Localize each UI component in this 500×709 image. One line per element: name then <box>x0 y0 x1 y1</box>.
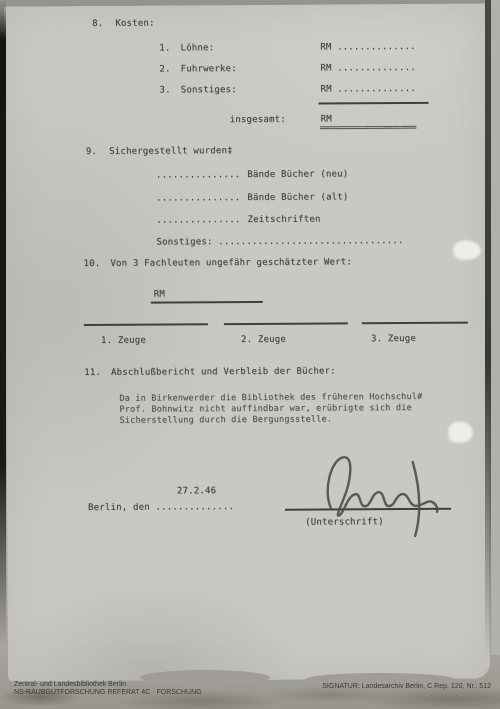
witness-3-line <box>362 322 468 325</box>
report-body-line-1: Da in Birkenwerder die Bibliothek des fr… <box>119 392 422 404</box>
estimated-value-currency: RM <box>154 290 165 300</box>
section11-heading: 11.Abschlußbericht und Verbleib der Büch… <box>84 366 336 378</box>
section9-number: 9. <box>86 147 97 157</box>
cost-item-2-amount-field: RM .............. <box>320 63 416 74</box>
library-stamp-line2: NS-RAUBGUTFORSCHUNG REFERAT 4C · FORSCHU… <box>14 689 202 696</box>
cost-item-2-label: Fuhrwerke: <box>181 64 237 74</box>
secured-row-2-blank: ............... <box>156 193 240 204</box>
secured-row-1-blank: ............... <box>156 170 240 181</box>
cost-item-3-label: Sonstiges: <box>181 85 237 95</box>
secured-row-3: ...............Zeitschriften <box>156 215 320 226</box>
section8-heading: 8.Kosten: <box>92 19 155 29</box>
cost-item-2-number: 2. <box>159 64 170 74</box>
scan-right-margin <box>491 0 500 709</box>
secured-row-2: ...............Bände Bücher (alt) <box>156 192 348 203</box>
signature-handwriting <box>315 446 456 542</box>
secured-row-1: ...............Bände Bücher (neu) <box>156 169 348 180</box>
witness-3-label: 3. Zeuge <box>371 334 416 344</box>
section8-number: 8. <box>92 19 103 29</box>
secured-row-3-blank: ............... <box>156 215 240 226</box>
paper-hole <box>453 241 480 260</box>
cost-item-3: 3.Sonstiges: <box>159 85 236 95</box>
cost-item-1-label: Löhne: <box>180 43 214 53</box>
total-label: insgesamt: <box>230 115 286 125</box>
cost-item-1: 1.Löhne: <box>159 43 214 53</box>
witness-2-line <box>224 322 348 325</box>
cost-item-2: 2.Fuhrwerke: <box>159 64 236 74</box>
witness-1-label: 1. Zeuge <box>101 336 146 346</box>
library-stamp-line1: Zentral- und Landesbibliothek Berlin <box>14 681 126 688</box>
witness-1-line <box>84 323 208 326</box>
section10-title: Von 3 Fachleuten ungefähr geschätzter We… <box>110 257 352 268</box>
archive-signature-stamp: SIGNATUR: Landesarchiv Berlin, C Rep. 12… <box>322 683 491 690</box>
witness-2-label: 2. Zeuge <box>241 335 286 345</box>
cost-item-1-amount-field: RM .............. <box>320 42 416 53</box>
date-value: 27.2.46 <box>177 486 216 496</box>
total-separator-line <box>319 102 429 105</box>
library-stamp: Zentral- und Landesbibliothek BerlinNS-R… <box>14 681 202 697</box>
scan-right-edge-shadow <box>485 0 491 658</box>
secured-row-2-label: Bände Bücher (alt) <box>247 192 348 203</box>
scan-left-edge-shadow <box>0 0 6 645</box>
section9-heading: 9.Sichergestellt wurden‡ <box>86 146 233 157</box>
section10-number: 10. <box>83 259 100 269</box>
cost-item-3-amount-field: RM .............. <box>320 84 416 95</box>
total-double-rule: ==================== <box>320 123 416 134</box>
cost-item-1-number: 1. <box>159 43 170 53</box>
secured-row-3-label: Zeitschriften <box>248 215 321 225</box>
report-body-line-3: Sicherstellung durch die Bergungsstelle. <box>119 414 332 425</box>
estimated-value-underline <box>151 301 263 303</box>
place-date-line: Berlin, den .............. <box>88 502 234 513</box>
section11-title: Abschlußbericht und Verbleib der Bücher: <box>111 366 336 377</box>
document-page: 8.Kosten: 1.Löhne: RM .............. 2.F… <box>4 4 490 682</box>
section10-heading: 10.Von 3 Fachleuten ungefähr geschätzter… <box>83 257 352 269</box>
section9-title: Sichergestellt wurden‡ <box>109 146 233 157</box>
section8-title: Kosten: <box>115 19 154 29</box>
secured-other-row: Sonstiges: .............................… <box>156 236 403 248</box>
report-body-line-2: Prof. Bohnwitz nicht auffindbar war, erü… <box>119 403 412 415</box>
paper-hole <box>448 422 472 443</box>
cost-item-3-number: 3. <box>159 85 170 95</box>
section11-number: 11. <box>84 368 101 378</box>
secured-row-1-label: Bände Bücher (neu) <box>247 169 348 180</box>
